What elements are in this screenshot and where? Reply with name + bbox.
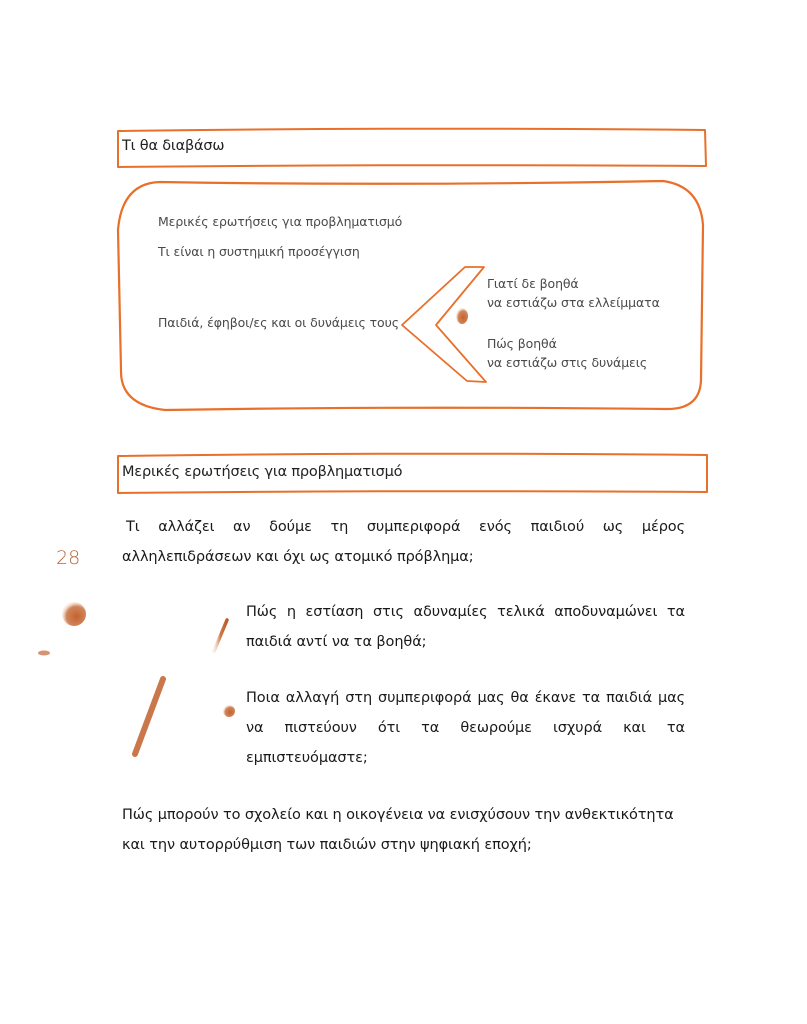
toc-subitem-strengths[interactable]: Πώς βοηθά να εστιάζω στις δυνάμεις	[487, 334, 647, 372]
question-4-line1: Πώς μπορούν το σχολείο και η οικογένεια …	[122, 800, 692, 830]
paint-dot-icon	[223, 705, 235, 717]
question-3-line2: να πιστεύουν ότι τα θεωρούμε ισχυρά και …	[246, 713, 685, 743]
page-number: 28	[56, 547, 80, 569]
question-2: Πώς η εστίαση στις αδυναμίες τελικά αποδ…	[246, 597, 685, 657]
toc-subitem-deficits-line2: να εστιάζω στα ελλείμματα	[487, 293, 660, 312]
toc-item-children-strengths[interactable]: Παιδιά, έφηβοι/ες και οι δυνάμεις τους	[158, 315, 399, 330]
chevron-left-bracket-icon	[402, 267, 486, 382]
question-2-line1: Πώς η εστίαση στις αδυναμίες τελικά αποδ…	[246, 597, 685, 627]
question-2-line2: παιδιά αντί να τα βοηθά;	[246, 627, 685, 657]
paint-dot-icon	[62, 602, 86, 626]
question-3: Ποια αλλαγή στη συμπεριφορά μας θα έκανε…	[246, 683, 685, 773]
paint-dot-icon	[456, 308, 468, 324]
paint-stroke-icon	[135, 679, 163, 754]
toc-subitem-strengths-line2: να εστιάζω στις δυνάμεις	[487, 353, 647, 372]
questions-section-title: Μερικές ερωτήσεις για προβληματισμό	[122, 464, 402, 480]
toc-subitem-deficits[interactable]: Γιατί δε βοηθά να εστιάζω στα ελλείμματα	[487, 274, 660, 312]
question-4-line2: και την αυτορρύθμιση των παιδιών στην ψη…	[122, 830, 692, 860]
paint-dot-icon	[38, 651, 50, 656]
toc-title: Τι θα διαβάσω	[122, 138, 224, 154]
question-1: Τι αλλάζει αν δούμε τη συμπεριφορά ενός …	[122, 512, 685, 572]
question-3-line1: Ποια αλλαγή στη συμπεριφορά μας θα έκανε…	[246, 683, 685, 713]
toc-item-systemic-approach[interactable]: Τι είναι η συστημική προσέγγιση	[158, 244, 360, 259]
question-1-line1: Τι αλλάζει αν δούμε τη συμπεριφορά ενός …	[122, 512, 685, 542]
toc-subitem-strengths-line1: Πώς βοηθά	[487, 334, 647, 353]
toc-item-questions[interactable]: Μερικές ερωτήσεις για προβληματισμό	[158, 214, 402, 229]
toc-subitem-deficits-line1: Γιατί δε βοηθά	[487, 274, 660, 293]
question-3-line3: εμπιστευόμαστε;	[246, 743, 685, 773]
question-4: Πώς μπορούν το σχολείο και η οικογένεια …	[122, 800, 692, 860]
question-1-line2: αλληλεπιδράσεων και όχι ως ατομικό πρόβλ…	[122, 542, 685, 572]
paint-stroke-icon	[214, 620, 227, 651]
